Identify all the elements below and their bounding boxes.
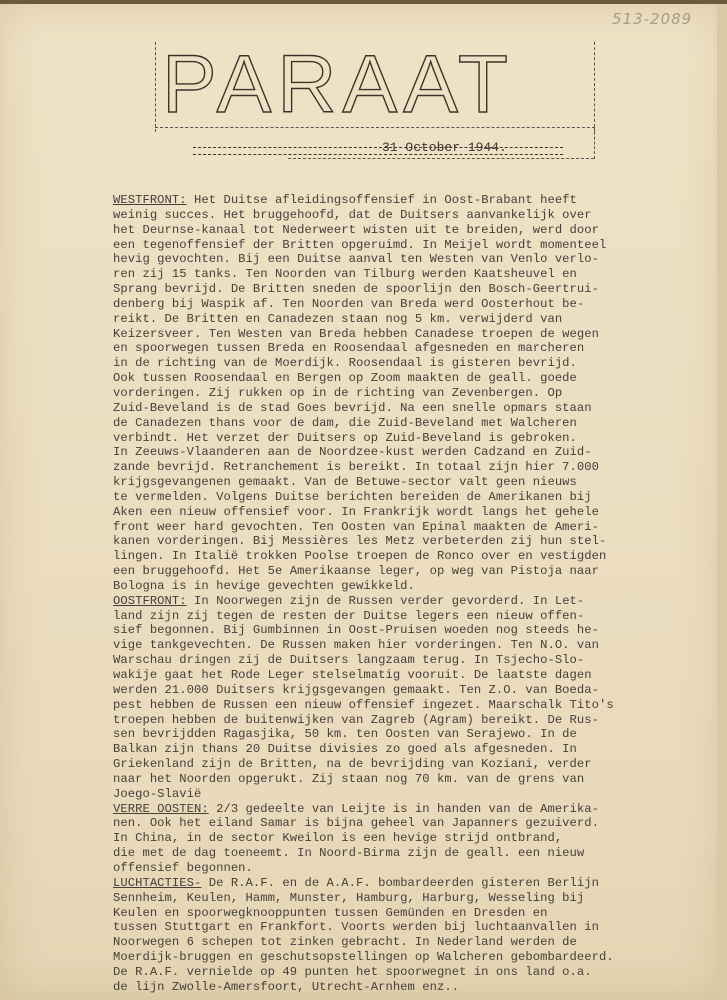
section-heading: OOSTFRONT: bbox=[113, 594, 187, 608]
date-divider bbox=[288, 158, 594, 159]
section-heading: LUCHTACTIES- bbox=[113, 876, 201, 890]
section-first-line: OOSTFRONT: In Noorwegen zijn de Russen v… bbox=[113, 594, 713, 609]
text-line: Moerdijk-bruggen en geschutsopstellingen… bbox=[113, 950, 713, 965]
text-line: offensief begonnen. bbox=[113, 861, 713, 876]
document-page: 513-2089 PARAAT 31 October 1944. WESTFRO… bbox=[0, 4, 722, 1000]
text-line: Bologna is in hevige gevechten gewikkeld… bbox=[113, 579, 713, 594]
text-line: Keulen en spoorwegknooppunten tussen Gem… bbox=[113, 906, 713, 921]
text-line: Balkan zijn thans 20 Duitse divisies zo … bbox=[113, 742, 713, 757]
text-line: tussen Stuttgart en Frankfort. Voorts we… bbox=[113, 920, 713, 935]
text-line: Joego-Slavië bbox=[113, 787, 713, 802]
text-line: reikt. De Britten en Canadezen staan nog… bbox=[113, 312, 713, 327]
text-line: Noorwegen 6 schepen tot zinken gebracht.… bbox=[113, 935, 713, 950]
text-line: Ook tussen Roosendaal en Bergen op Zoom … bbox=[113, 371, 713, 386]
text-line: kanen vorderingen. Bij Messières les Met… bbox=[113, 534, 713, 549]
text-line: weinig succes. Het bruggehoofd, dat de D… bbox=[113, 208, 713, 223]
text-line: sief begonnen. Bij Gumbinnen in Oost-Pru… bbox=[113, 623, 713, 638]
text-line: de Canadezen thans voor de dam, die Zuid… bbox=[113, 416, 713, 431]
text-line: Warschau dringen zij de Duitsers langzaa… bbox=[113, 653, 713, 668]
text-line: die met de dag toeneemt. In Noord-Birma … bbox=[113, 846, 713, 861]
text-line: De R.A.F. vernielde op 49 punten het spo… bbox=[113, 965, 713, 980]
section-heading: WESTFRONT: bbox=[113, 193, 187, 207]
text-line: Zuid-Beveland is de stad Goes bevrijd. N… bbox=[113, 401, 713, 416]
text-line: Keizersveer. Ten Westen van Breda hebben… bbox=[113, 327, 713, 342]
text-line: de lijn Zwolle-Amersfoort, Utrecht-Arnhe… bbox=[113, 980, 713, 995]
masthead-divider bbox=[155, 127, 595, 128]
text-line: vorderingen. Zij rukken op in de richtin… bbox=[113, 386, 713, 401]
text-line: sen bevrijdden Ragasjika, 50 km. ten Oos… bbox=[113, 727, 713, 742]
text-line: troepen hebben de buitenwijken van Zagre… bbox=[113, 713, 713, 728]
section-first-line: VERRE OOSTEN: 2/3 gedeelte van Leijte is… bbox=[113, 802, 713, 817]
text-line: in de richting van de Moerdijk. Roosenda… bbox=[113, 356, 713, 371]
text-line: In Zeeuws-Vlaanderen aan de Noordzee-kus… bbox=[113, 445, 713, 460]
text-line: nen. Ook het eiland Samar is bijna gehee… bbox=[113, 816, 713, 831]
section-first-line: WESTFRONT: Het Duitse afleidingsoffensie… bbox=[113, 193, 713, 208]
text-line: een bruggehoofd. Het 5e Amerikaanse lege… bbox=[113, 564, 713, 579]
text-line: een tegenoffensief der Britten opgeruimd… bbox=[113, 238, 713, 253]
text-line: het Deurnse-kanaal tot Nederweert wisten… bbox=[113, 223, 713, 238]
text-line: Griekenland zijn de Britten, na de bevri… bbox=[113, 757, 713, 772]
text-line: lingen. In Italië trokken Poolse troepen… bbox=[113, 549, 713, 564]
text-line: vige tankgevechten. De Russen maken hier… bbox=[113, 638, 713, 653]
text-line: pest hebben de Russen een nieuw offensie… bbox=[113, 698, 713, 713]
text-line: en spoorwegen tussen Breda en Roosendaal… bbox=[113, 341, 713, 356]
masthead-underline bbox=[193, 147, 563, 155]
masthead-box: PARAAT bbox=[155, 42, 595, 132]
article-body: WESTFRONT: Het Duitse afleidingsoffensie… bbox=[113, 193, 713, 995]
section-heading: VERRE OOSTEN: bbox=[113, 802, 209, 816]
text-line: te vermelden. Volgens Duitse berichten b… bbox=[113, 490, 713, 505]
text-line: In China, in de sector Kweilon is een he… bbox=[113, 831, 713, 846]
text-line: krijgsgevangenen gemaakt. Van de Betuwe-… bbox=[113, 475, 713, 490]
text-line: verbindt. Het verzet der Duitsers op Zui… bbox=[113, 431, 713, 446]
text-line: Sprang bevrijd. De Britten sneden de spo… bbox=[113, 282, 713, 297]
masthead-title: PARAAT bbox=[162, 44, 514, 126]
text-line: Aken een nieuw offensief voor. In Frankr… bbox=[113, 505, 713, 520]
text-line: zande bevrijd. Retranchement is bereikt.… bbox=[113, 460, 713, 475]
issue-date: 31 October 1944. bbox=[382, 140, 507, 155]
text-line: hevig gevochten. Bij een Duitse aanval t… bbox=[113, 252, 713, 267]
text-line: naar het Noorden opgerukt. Zij staan nog… bbox=[113, 772, 713, 787]
text-line: ren zij 15 tanks. Ten Noorden van Tilbur… bbox=[113, 267, 713, 282]
section-first-line: LUCHTACTIES- De R.A.F. en de A.A.F. bomb… bbox=[113, 876, 713, 891]
date-box-edge bbox=[594, 127, 595, 159]
text-line: land zijn zij tegen de resten der Duitse… bbox=[113, 609, 713, 624]
text-line: werden 21.000 Duitsers krijgsgevangen ge… bbox=[113, 683, 713, 698]
text-line: front weer hard gevochten. Ten Oosten va… bbox=[113, 520, 713, 535]
text-line: Sennheim, Keulen, Hamm, Munster, Hamburg… bbox=[113, 891, 713, 906]
text-line: denberg bij Waspik af. Ten Noorden van B… bbox=[113, 297, 713, 312]
text-line: wakije gaat het Rode Leger stelselmatig … bbox=[113, 668, 713, 683]
archive-number: 513-2089 bbox=[612, 10, 692, 28]
